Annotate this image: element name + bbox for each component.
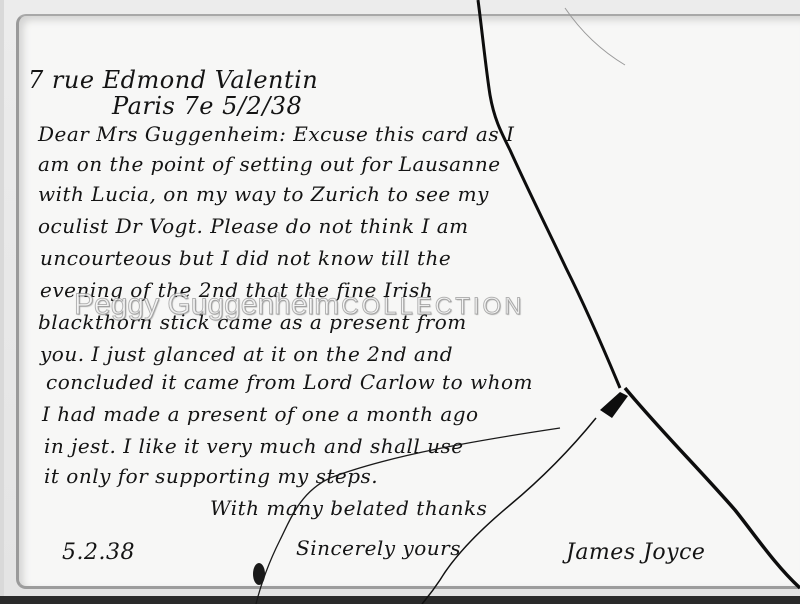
body-line: I had made a present of one a month ago xyxy=(42,402,479,426)
body-line: concluded it came from Lord Carlow to wh… xyxy=(46,370,533,394)
body-line: you. I just glanced at it on the 2nd and xyxy=(40,342,453,366)
body-line: uncourteous but I did not know till the xyxy=(40,246,451,270)
photo-bottom-edge xyxy=(0,596,800,604)
watermark-suffix: COLLECTION xyxy=(341,293,524,320)
place-date-line: Paris 7e 5/2/38 xyxy=(112,92,302,120)
body-line: it only for supporting my steps. xyxy=(44,464,378,488)
margin-date: 5.2.38 xyxy=(62,540,135,565)
signoff-line: Sincerely yours xyxy=(296,536,461,560)
body-line: in jest. I like it very much and shall u… xyxy=(44,434,464,458)
body-line: Dear Mrs Guggenheim: Excuse this card as… xyxy=(38,122,514,146)
body-line: with Lucia, on my way to Zurich to see m… xyxy=(38,182,489,206)
signature: James Joyce xyxy=(566,540,705,565)
letter-photograph: 7 rue Edmond Valentin Paris 7e 5/2/38 De… xyxy=(0,0,800,604)
body-line: oculist Dr Vogt. Please do not think I a… xyxy=(38,214,469,238)
watermark-name: Peggy Guggenheim xyxy=(74,288,339,321)
closing-line: With many belated thanks xyxy=(210,496,487,520)
body-line: am on the point of setting out for Lausa… xyxy=(38,152,501,176)
address-line: 7 rue Edmond Valentin xyxy=(28,66,318,94)
collection-watermark: Peggy GuggenheimCOLLECTION xyxy=(74,288,525,322)
